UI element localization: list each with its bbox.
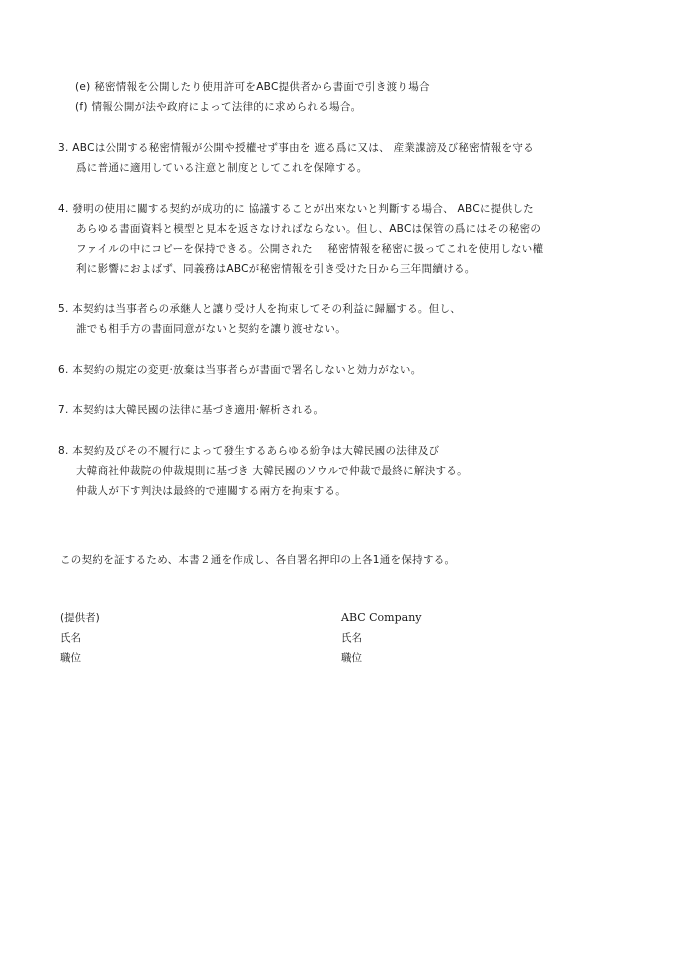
clause-number: 3. bbox=[58, 142, 69, 154]
clause-5-line-1: 5. 本契約は当事者らの承継人と讓り受け人を拘束してその利益に歸屬する。但し、 bbox=[58, 302, 461, 316]
signature-left-title-label: 職位 bbox=[60, 651, 81, 665]
clause-text: 發明の使用に關する契約が成功的に 協議することが出來ないと判斷する場合、 ABC… bbox=[72, 203, 534, 215]
clause-number: 7. bbox=[58, 404, 69, 416]
subclause-label: (f) bbox=[75, 101, 88, 113]
clause-4-line-3: ファイルの中にコピーを保持できる。公開された 秘密情報を秘密に扱ってこれを使用し… bbox=[76, 242, 543, 256]
clause-6-line-1: 6. 本契約の規定の変更·放棄は当事者らが書面で署名しないと効力がない。 bbox=[58, 363, 422, 377]
clause-4-line-4: 利に影響におよばず、同義務はABCが秘密情報を引き受けた日から三年間續ける。 bbox=[76, 262, 476, 276]
clause-text: 本契約及びその不履行によって發生するあらゆる紛争は大韓民國の法律及び bbox=[72, 445, 439, 457]
signature-left-name-label: 氏名 bbox=[60, 631, 81, 645]
clause-number: 4. bbox=[58, 203, 69, 215]
clause-text: ABCは公開する秘密情報が公開や授權せず事由を 遮る爲に又は、 産業諜謗及び秘密… bbox=[72, 142, 534, 154]
clause-3-line-1: 3. ABCは公開する秘密情報が公開や授權せず事由を 遮る爲に又は、 産業諜謗及… bbox=[58, 141, 534, 155]
subclause-f: (f) 情報公開が法や政府によって法律的に求められる場合。 bbox=[75, 100, 361, 114]
clause-4-line-1: 4. 發明の使用に關する契約が成功的に 協議することが出來ないと判斷する場合、 … bbox=[58, 202, 534, 216]
clause-text: 本契約は当事者らの承継人と讓り受け人を拘束してその利益に歸屬する。但し、 bbox=[72, 303, 461, 315]
signature-right-title-label: 職位 bbox=[341, 651, 362, 665]
clause-4-line-2: あらゆる書面資料と模型と見本を返さなければならない。但し、ABCは保管の爲にはそ… bbox=[76, 222, 541, 236]
signature-right-party: ABC Company bbox=[341, 611, 422, 625]
subclause-text: 情報公開が法や政府によって法律的に求められる場合。 bbox=[91, 101, 361, 113]
closing-statement: この契約を証するため、本書２通を作成し、各自署名押印の上各1通を保持する。 bbox=[60, 553, 455, 567]
clause-8-line-3: 仲裁人が下す判決は最終的で連關する兩方を拘束する。 bbox=[76, 484, 346, 498]
clause-8-line-2: 大韓商社仲裁院の仲裁規則に基づき 大韓民國のソウルで仲裁で最終に解決する。 bbox=[76, 464, 468, 478]
subclause-text: 秘密情報を公開したり使用許可をABC提供者から書面で引き渡り場合 bbox=[94, 81, 430, 93]
clause-number: 6. bbox=[58, 364, 69, 376]
clause-number: 5. bbox=[58, 303, 69, 315]
clause-text: 本契約は大韓民國の法律に基づき適用·解析される。 bbox=[72, 404, 324, 416]
subclause-e: (e) 秘密情報を公開したり使用許可をABC提供者から書面で引き渡り場合 bbox=[75, 80, 430, 94]
clause-8-line-1: 8. 本契約及びその不履行によって發生するあらゆる紛争は大韓民國の法律及び bbox=[58, 444, 439, 458]
clause-text: 本契約の規定の変更·放棄は当事者らが書面で署名しないと効力がない。 bbox=[72, 364, 421, 376]
clause-5-line-2: 誰でも相手方の書面同意がないと契約を讓り渡せない。 bbox=[76, 322, 346, 336]
subclause-label: (e) bbox=[75, 81, 91, 93]
signature-left-party: (提供者) bbox=[60, 611, 100, 625]
clause-number: 8. bbox=[58, 445, 69, 457]
clause-3-line-2: 爲に普通に適用している注意と制度としてこれを保障する。 bbox=[76, 161, 368, 175]
signature-right-name-label: 氏名 bbox=[341, 631, 362, 645]
clause-7-line-1: 7. 本契約は大韓民國の法律に基づき適用·解析される。 bbox=[58, 403, 324, 417]
